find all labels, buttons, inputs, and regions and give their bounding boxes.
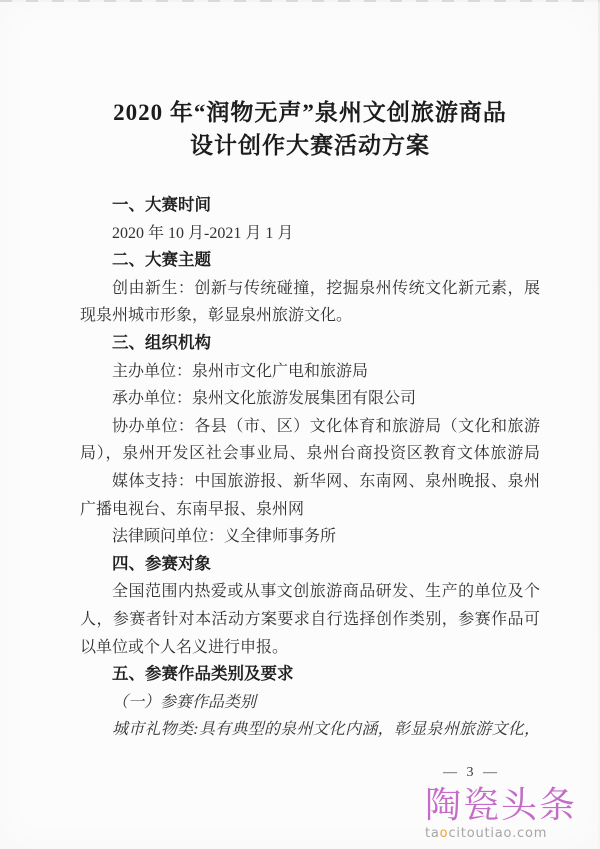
heading-entry-categories: 五、参赛作品类别及要求 [80,661,540,689]
heading-organizers: 三、组织机构 [80,330,540,358]
subheading-entry-categories: （一）参赛作品类别 [80,689,540,717]
heading-contest-time: 一、大赛时间 [80,192,540,220]
title-line-1: 2020 年“润物无声”泉州文创旅游商品 [80,96,540,129]
document-body: 2020 年“润物无声”泉州文创旅游商品 设计创作大赛活动方案 一、大赛时间 2… [80,96,540,744]
title-line-2: 设计创作大赛活动方案 [80,129,540,162]
legal-advisor-line: 法律顾问单位：义全律师事务所 [80,523,540,551]
page-number: — 3 — [443,765,500,781]
host-unit-line: 主办单位：泉州市文化广电和旅游局 [80,358,540,386]
watermark-logo-text: 陶瓷头条 [425,786,595,826]
co-organizer-line-1: 协办单位：各县（市、区）文化体育和旅游局（文化和旅游 [80,413,540,441]
undertaker-unit-line: 承办单位：泉州文化旅游发展集团有限公司 [80,385,540,413]
participants-text-line-3: 以单位或个人名义进行申报。 [80,634,540,662]
watermark-url-prefix: ta [425,826,440,841]
theme-text-line-2: 现泉州城市形象，彰显泉州旅游文化。 [80,302,540,330]
media-support-line-2: 广播电视台、东南早报、泉州网 [80,496,540,524]
theme-text-line-1: 创由新生：创新与传统碰撞，挖掘泉州传统文化新元素，展 [80,275,540,303]
watermark: 陶瓷头条 taocitoutiao.com [425,786,595,841]
watermark-url-suffix: citoutiao.com [448,826,547,841]
co-organizer-line-2: 局），泉州开发区社会事业局、泉州台商投资区教育文体旅游局 [80,440,540,468]
city-gift-category-line: 城市礼物类:具有典型的泉州文化内涵，彰显泉州旅游文化， [80,716,540,744]
participants-text-line-2: 人，参赛者针对本活动方案要求自行选择创作类别，参赛作品可 [80,606,540,634]
media-support-line-1: 媒体支持：中国旅游报、新华网、东南网、泉州晚报、泉州 [80,468,540,496]
document-title: 2020 年“润物无声”泉州文创旅游商品 设计创作大赛活动方案 [80,96,540,162]
scanned-document-page: 2020 年“润物无声”泉州文创旅游商品 设计创作大赛活动方案 一、大赛时间 2… [0,0,600,849]
heading-participants: 四、参赛对象 [80,551,540,579]
participants-text-line-1: 全国范围内热爱或从事文创旅游商品研发、生产的单位及个 [80,578,540,606]
contest-time-value: 2020 年 10 月-2021 月 1 月 [80,220,540,248]
heading-contest-theme: 二、大赛主题 [80,247,540,275]
watermark-url: taocitoutiao.com [425,827,595,841]
